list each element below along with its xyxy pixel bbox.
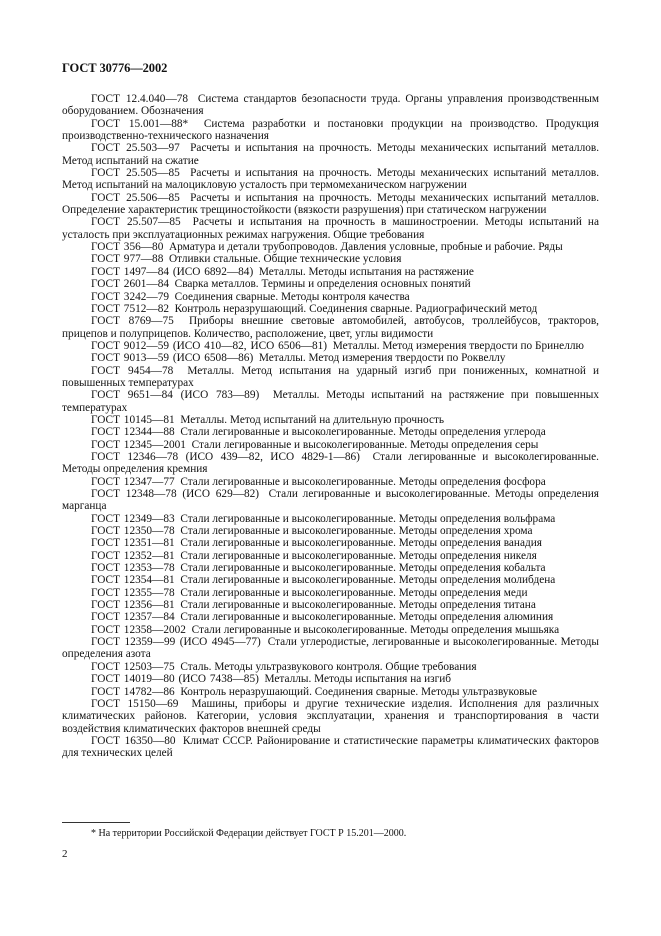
standard-code: ГОСТ 9012—59 (ИСО 410—82, ИСО 6506—81)	[91, 340, 327, 352]
reference-entry: ГОСТ 12.4.040—78 Система стандартов безо…	[62, 93, 599, 118]
standard-title: Стали легированные и высоколегированные.…	[192, 439, 539, 451]
reference-entry: ГОСТ 25.507—85 Расчеты и испытания на пр…	[62, 216, 599, 241]
standard-title: Стали легированные и высоколегированные.…	[180, 476, 545, 488]
standard-code: ГОСТ 12345—2001	[91, 439, 186, 451]
normative-references-list: ГОСТ 12.4.040—78 Система стандартов безо…	[62, 93, 599, 760]
standard-title: Стали легированные и высоколегированные.…	[180, 611, 553, 623]
standard-code: ГОСТ 12359—99 (ИСО 4945—77)	[91, 636, 261, 648]
standard-code: ГОСТ 12503—75	[91, 661, 175, 673]
reference-entry: ГОСТ 12345—2001 Стали легированные и выс…	[62, 439, 599, 451]
reference-entry: ГОСТ 12344—88 Стали легированные и высок…	[62, 426, 599, 438]
standard-title: Металлы. Методы испытания на изгиб	[265, 673, 452, 685]
standard-title: Металлы. Метод измерения твердости по Ро…	[259, 352, 506, 364]
standard-code: ГОСТ 16350—80	[91, 735, 176, 747]
standard-title: Металлы. Метод испытаний на длительную п…	[180, 414, 444, 426]
standard-code: ГОСТ 12351—81	[91, 537, 175, 549]
reference-entry: ГОСТ 12358—2002 Стали легированные и выс…	[62, 624, 599, 636]
standard-title: Металлы. Методы испытания на растяжение	[259, 266, 474, 278]
standard-code: ГОСТ 25.506—85	[91, 192, 180, 204]
standard-code: ГОСТ 9651—84 (ИСО 783—89)	[91, 389, 259, 401]
standard-title: Арматура и детали трубопроводов. Давлени…	[169, 241, 563, 253]
standard-title: Стали легированные и высоколегированные.…	[180, 562, 545, 574]
standard-code: ГОСТ 12349—83	[91, 513, 175, 525]
reference-entry: ГОСТ 10145—81 Металлы. Метод испытаний н…	[62, 414, 599, 426]
standard-code: ГОСТ 12346—78 (ИСО 439—82, ИСО 4829-1—86…	[91, 451, 360, 463]
standard-code: ГОСТ 3242—79	[91, 291, 169, 303]
standard-title: Металлы. Метод измерения твердости по Бр…	[333, 340, 584, 352]
reference-entry: ГОСТ 8769—75 Приборы внешние световые ав…	[62, 315, 599, 340]
standard-code: ГОСТ 977—88	[91, 253, 163, 265]
reference-entry: ГОСТ 1497—84 (ИСО 6892—84) Металлы. Мето…	[62, 266, 599, 278]
standard-code: ГОСТ 25.503—97	[91, 142, 180, 154]
reference-entry: ГОСТ 3242—79 Соединения сварные. Методы …	[62, 291, 599, 303]
reference-entry: ГОСТ 12349—83 Стали легированные и высок…	[62, 513, 599, 525]
reference-entry: ГОСТ 9651—84 (ИСО 783—89) Металлы. Метод…	[62, 389, 599, 414]
reference-entry: ГОСТ 14019—80 (ИСО 7438—85) Металлы. Мет…	[62, 673, 599, 685]
standard-code: ГОСТ 12358—2002	[91, 624, 186, 636]
standard-title: Отливки стальные. Общие технические усло…	[169, 253, 401, 265]
reference-entry: ГОСТ 12348—78 (ИСО 629—82) Стали легиров…	[62, 488, 599, 513]
document-header: ГОСТ 30776—2002	[62, 61, 167, 76]
standard-title: Стали легированные и высоколегированные.…	[192, 624, 560, 636]
reference-entry: ГОСТ 977—88 Отливки стальные. Общие техн…	[62, 253, 599, 265]
page-number: 2	[62, 848, 68, 860]
reference-entry: ГОСТ 15150—69 Машины, приборы и другие т…	[62, 698, 599, 735]
standard-code: ГОСТ 12357—84	[91, 611, 175, 623]
standard-title: Сварка металлов. Термины и определения о…	[175, 278, 471, 290]
reference-entry: ГОСТ 2601—84 Сварка металлов. Термины и …	[62, 278, 599, 290]
standard-code: ГОСТ 25.505—85	[91, 167, 180, 179]
reference-entry: ГОСТ 14782—86 Контроль неразрушающий. Со…	[62, 686, 599, 698]
standard-title: Сталь. Методы ультразвукового контроля. …	[180, 661, 476, 673]
standard-title: Контроль неразрушающий. Соединения сварн…	[180, 686, 537, 698]
reference-entry: ГОСТ 12354—81 Стали легированные и высок…	[62, 574, 599, 586]
reference-entry: ГОСТ 9012—59 (ИСО 410—82, ИСО 6506—81) М…	[62, 340, 599, 352]
reference-entry: ГОСТ 7512—82 Контроль неразрушающий. Сое…	[62, 303, 599, 315]
standard-code: ГОСТ 12350—78	[91, 525, 175, 537]
reference-entry: ГОСТ 25.506—85 Расчеты и испытания на пр…	[62, 192, 599, 217]
standard-code: ГОСТ 12355—78	[91, 587, 175, 599]
footnote-divider	[62, 822, 130, 823]
standard-code: ГОСТ 9454—78	[91, 365, 173, 377]
standard-code: ГОСТ 12353—78	[91, 562, 175, 574]
standard-code: ГОСТ 7512—82	[91, 303, 169, 315]
reference-entry: ГОСТ 9454—78 Металлы. Метод испытания на…	[62, 365, 599, 390]
standard-code: ГОСТ 12354—81	[91, 574, 175, 586]
reference-entry: ГОСТ 15.001—88* Система разработки и пос…	[62, 118, 599, 143]
standard-title: Стали легированные и высоколегированные.…	[180, 537, 542, 549]
reference-entry: ГОСТ 12503—75 Сталь. Методы ультразвуков…	[62, 661, 599, 673]
standard-code: ГОСТ 2601—84	[91, 278, 169, 290]
standard-code: ГОСТ 12344—88	[91, 426, 175, 438]
standard-code: ГОСТ 12.4.040—78	[91, 93, 188, 105]
reference-entry: ГОСТ 25.503—97 Расчеты и испытания на пр…	[62, 142, 599, 167]
reference-entry: ГОСТ 12352—81 Стали легированные и высок…	[62, 550, 599, 562]
standard-code: ГОСТ 9013—59 (ИСО 6508—86)	[91, 352, 253, 364]
standard-title: Стали легированные и высоколегированные.…	[180, 550, 537, 562]
standard-code: ГОСТ 1497—84 (ИСО 6892—84)	[91, 266, 253, 278]
footnote: * На территории Российской Федерации дей…	[91, 828, 406, 839]
standard-code: ГОСТ 12348—78 (ИСО 629—82)	[91, 488, 259, 500]
standard-title: Стали легированные и высоколегированные.…	[180, 525, 532, 537]
standard-title: Стали легированные и высоколегированные.…	[180, 599, 536, 611]
reference-entry: ГОСТ 12350—78 Стали легированные и высок…	[62, 525, 599, 537]
standard-code: ГОСТ 15.001—88*	[91, 118, 188, 130]
reference-entry: ГОСТ 12353—78 Стали легированные и высок…	[62, 562, 599, 574]
reference-entry: ГОСТ 12356—81 Стали легированные и высок…	[62, 599, 599, 611]
standard-title: Стали легированные и высоколегированные.…	[180, 426, 545, 438]
reference-entry: ГОСТ 9013—59 (ИСО 6508—86) Металлы. Мето…	[62, 352, 599, 364]
standard-code: ГОСТ 14019—80 (ИСО 7438—85)	[91, 673, 259, 685]
standard-code: ГОСТ 14782—86	[91, 686, 175, 698]
reference-entry: ГОСТ 12359—99 (ИСО 4945—77) Стали углеро…	[62, 636, 599, 661]
standard-title: Контроль неразрушающий. Соединения сварн…	[175, 303, 538, 315]
standard-code: ГОСТ 12352—81	[91, 550, 175, 562]
standard-code: ГОСТ 356—80	[91, 241, 163, 253]
reference-entry: ГОСТ 12351—81 Стали легированные и высок…	[62, 537, 599, 549]
reference-entry: ГОСТ 25.505—85 Расчеты и испытания на пр…	[62, 167, 599, 192]
standard-title: Стали легированные и высоколегированные.…	[180, 574, 555, 586]
standard-title: Стали легированные и высоколегированные.…	[180, 587, 527, 599]
reference-entry: ГОСТ 12346—78 (ИСО 439—82, ИСО 4829-1—86…	[62, 451, 599, 476]
standard-title: Соединения сварные. Методы контроля каче…	[175, 291, 410, 303]
reference-entry: ГОСТ 12357—84 Стали легированные и высок…	[62, 611, 599, 623]
reference-entry: ГОСТ 12355—78 Стали легированные и высок…	[62, 587, 599, 599]
reference-entry: ГОСТ 16350—80 Климат СССР. Районирование…	[62, 735, 599, 760]
standard-code: ГОСТ 15150—69	[91, 698, 178, 710]
reference-entry: ГОСТ 356—80 Арматура и детали трубопрово…	[62, 241, 599, 253]
standard-code: ГОСТ 12356—81	[91, 599, 175, 611]
standard-code: ГОСТ 10145—81	[91, 414, 175, 426]
standard-code: ГОСТ 8769—75	[91, 315, 174, 327]
reference-entry: ГОСТ 12347—77 Стали легированные и высок…	[62, 476, 599, 488]
standard-title: Стали легированные и высоколегированные.…	[180, 513, 555, 525]
standard-code: ГОСТ 25.507—85	[91, 216, 181, 228]
standard-code: ГОСТ 12347—77	[91, 476, 175, 488]
